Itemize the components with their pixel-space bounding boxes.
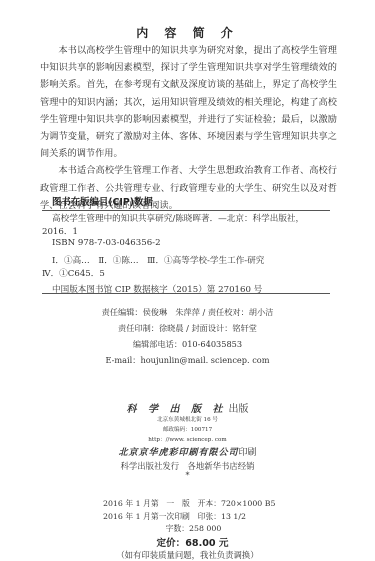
divider [42,293,330,294]
editorial-phone: 编辑部电话：010-64035853 [0,336,375,352]
editorial-email: E-mail：houjunlin@mail. sciencep. com [0,352,375,368]
cip-title-line: 高校学生管理中的知识共享研究/陈晓晖著．—北京：科学出版社， [52,212,304,224]
separator-asterisk: * [0,472,375,480]
publisher-line: 科 学 出 版 社出版 [0,400,375,415]
cip-class-number-line: Ⅳ．①C645．5 [42,267,105,279]
summary-title: 内 容 简 介 [0,24,375,41]
publisher-suffix: 出版 [228,404,248,415]
divider [42,210,330,211]
publication-block: 科 学 出 版 社出版 北京东黄城根北街 16 号 邮政编码：100717 ht… [0,400,375,480]
publisher-name: 科 学 出 版 社 [127,404,227,415]
printing-line: 2016 年 1 月第一次印刷 印张：13 1/2 [103,510,303,523]
publisher-url: http：//www. sciencep. com [0,435,375,445]
publisher-address: 北京东黄城根北街 16 号 [0,415,375,425]
printer-name: 北京京华虎彩印刷有限公司 [118,448,238,458]
quality-notice: （如有印装质量问题，我社负责调换） [0,549,375,561]
print-design-line: 责任印制：徐晓晨 / 封面设计：铭轩堂 [0,320,375,336]
printer-line: 北京京华虎彩印刷有限公司印刷 [0,445,375,458]
copyright-page: 内 容 简 介 本书以高校学生管理中的知识共享为研究对象，提出了高校学生管理中知… [0,0,375,561]
publisher-postcode: 邮政编码：100717 [0,425,375,435]
editor-line: 责任编辑：侯俊琳 朱萍萍 / 责任校对：胡小洁 [0,304,375,320]
edition-line: 2016 年 1 月第 一 版 开本：720×1000 B5 [103,497,303,510]
price: 定价：68.00 元 [0,535,375,549]
cip-year-line: 2016．1 [42,225,78,237]
cip-isbn-line: ISBN 978-7-03-046356-2 [52,238,161,248]
word-count: 字数：258 000 [0,523,375,534]
edition-specs: 2016 年 1 月第 一 版 开本：720×1000 B5 2016 年 1 … [103,497,303,523]
cip-heading: 图书在版编目(CIP)数据 [52,194,153,208]
summary-body: 本书以高校学生管理中的知识共享为研究对象，提出了高校学生管理中知识共享的影响因素… [40,42,337,214]
printer-suffix: 印刷 [239,448,257,458]
cip-classification-line: Ⅰ．①高… Ⅱ．①陈… Ⅲ．①高等学校-学生工作-研究 [52,254,264,266]
summary-paragraph: 本书以高校学生管理中的知识共享为研究对象，提出了高校学生管理中知识共享的影响因素… [40,42,337,162]
credits-block: 责任编辑：侯俊琳 朱萍萍 / 责任校对：胡小洁 责任印制：徐晓晨 / 封面设计：… [0,304,375,368]
